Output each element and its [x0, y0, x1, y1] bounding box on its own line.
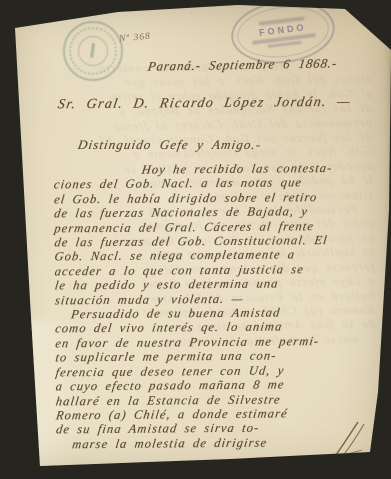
letter-sheet: Hoy he recibido las contesta-ciones del … [0, 0, 391, 479]
paper-crease [4, 90, 7, 270]
paper-edge-shadow [0, 0, 391, 479]
